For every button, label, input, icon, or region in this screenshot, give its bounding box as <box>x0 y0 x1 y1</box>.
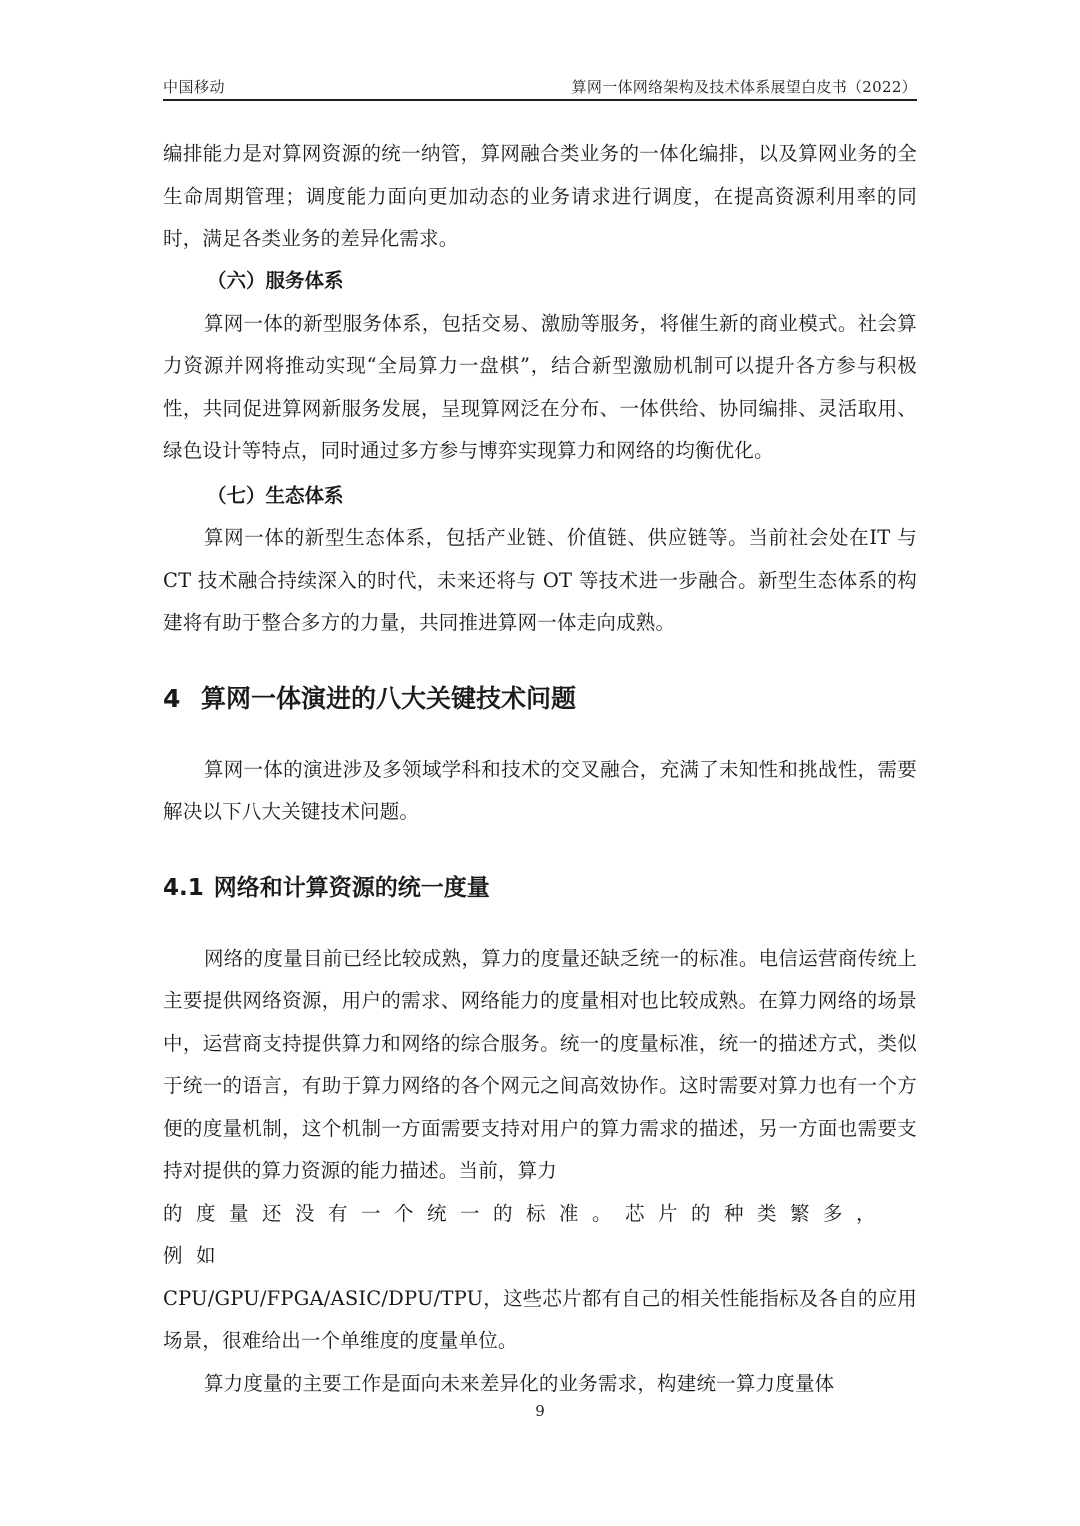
paragraph-chapter-intro: 算网一体的演进涉及多领域学科和技术的交叉融合，充满了未知性和挑战性，需要解决以下… <box>163 749 917 834</box>
paragraph-service-system: 算网一体的新型服务体系，包括交易、激励等服务，将催生新的商业模式。社会算力资源并… <box>163 303 917 473</box>
header-organization: 中国移动 <box>163 76 225 97</box>
document-page: 中国移动 算网一体网络架构及技术体系展望白皮书（2022） 编排能力是对算网资源… <box>0 0 1080 1526</box>
section-heading-ecosystem: （七）生态体系 <box>163 475 917 518</box>
section-number: 4.1 <box>163 875 204 901</box>
page-number: 9 <box>0 1402 1080 1420</box>
paragraph-ecosystem: 算网一体的新型生态体系，包括产业链、价值链、供应链等。当前社会处在IT 与 CT… <box>163 517 917 645</box>
chapter-heading: 4算网一体演进的八大关键技术问题 <box>163 679 917 719</box>
paragraph-unified-measurement-spaced-line: 的度量还没有一个统一的标准。芯片的种类繁多，例如 <box>163 1193 917 1278</box>
paragraph-unified-measurement: 网络的度量目前已经比较成熟，算力的度量还缺乏统一的标准。电信运营商传统上主要提供… <box>163 938 917 1193</box>
paragraph-unified-measurement-continued: CPU/GPU/FPGA/ASIC/DPU/TPU，这些芯片都有自己的相关性能指… <box>163 1278 917 1363</box>
header-divider <box>163 99 917 101</box>
section-title: 网络和计算资源的统一度量 <box>214 875 490 901</box>
section-heading-service-system: （六）服务体系 <box>163 260 917 303</box>
paragraph-measurement-work: 算力度量的主要工作是面向未来差异化的业务需求，构建统一算力度量体 <box>163 1363 917 1406</box>
chapter-title: 算网一体演进的八大关键技术问题 <box>201 684 576 713</box>
header-document-title: 算网一体网络架构及技术体系展望白皮书（2022） <box>572 76 917 97</box>
paragraph-orchestration: 编排能力是对算网资源的统一纳管，算网融合类业务的一体化编排，以及算网业务的全生命… <box>163 133 917 260</box>
page-body: 编排能力是对算网资源的统一纳管，算网融合类业务的一体化编排，以及算网业务的全生命… <box>163 133 917 1405</box>
section-heading-4-1: 4.1网络和计算资源的统一度量 <box>163 868 917 908</box>
page-header: 中国移动 算网一体网络架构及技术体系展望白皮书（2022） <box>163 74 917 102</box>
chapter-number: 4 <box>163 679 201 719</box>
